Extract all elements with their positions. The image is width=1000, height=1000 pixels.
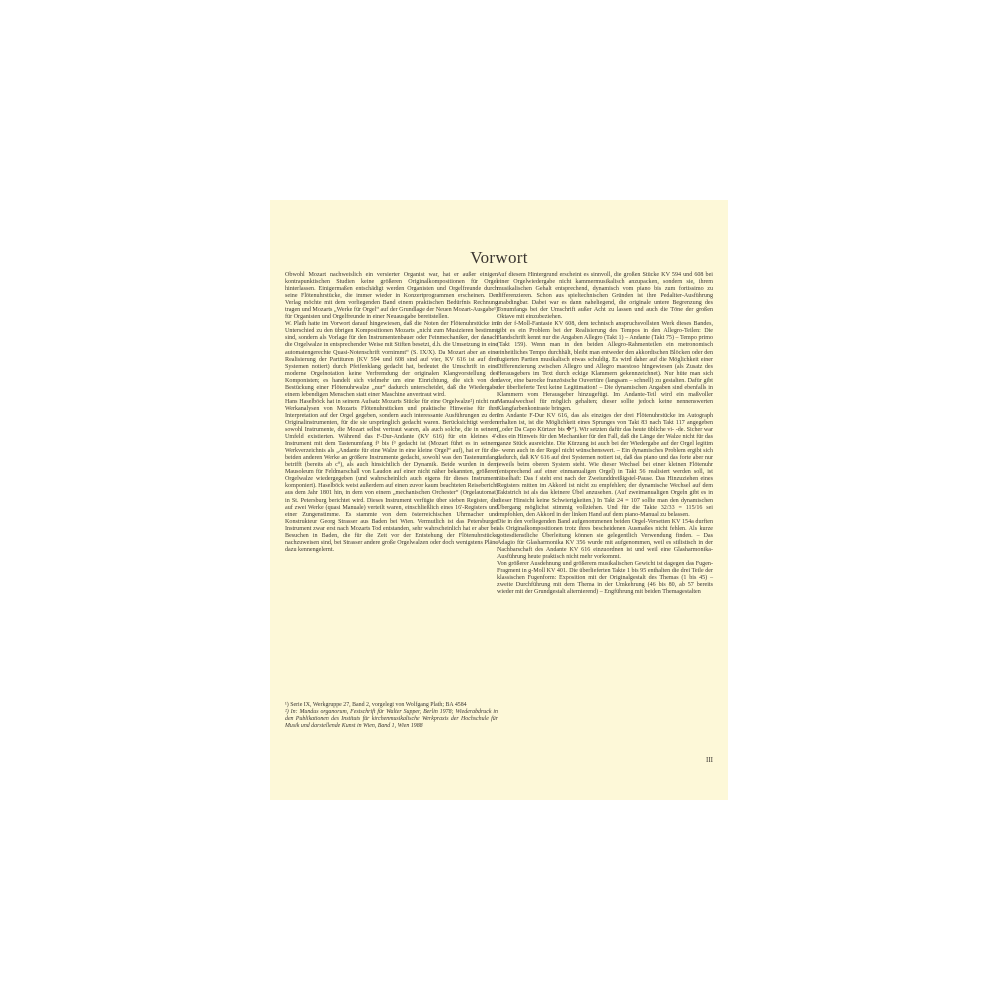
paragraph: Von größerer Ausdehnung und größerem mus…: [497, 561, 713, 596]
paragraph: Obwohl Mozart nachweislich ein versierte…: [285, 272, 498, 321]
paragraph: In der f-Moll-Fantasie KV 608, dem techn…: [497, 321, 713, 413]
paragraph: Auf diesem Hintergrund erscheint es sinn…: [497, 272, 713, 321]
document-page: Vorwort Obwohl Mozart nachweislich ein v…: [270, 200, 728, 800]
left-column: Obwohl Mozart nachweislich ein versierte…: [285, 272, 498, 554]
page-number: III: [706, 756, 713, 764]
page-title: Vorwort: [270, 248, 728, 268]
footnote: ²) In: Mundus organorum, Festschrift für…: [285, 709, 498, 730]
paragraph: Hans Haselböck hat in seinem Aufsatz Moz…: [285, 399, 498, 554]
right-column: Auf diesem Hintergrund erscheint es sinn…: [497, 272, 713, 596]
footnote: ¹) Serie IX, Werkgruppe 27, Band 2, vorg…: [285, 702, 498, 709]
paragraph: Die in den vorliegenden Band aufgenommen…: [497, 519, 713, 561]
paragraph: W. Plath hatte im Vorwort darauf hingewi…: [285, 321, 498, 399]
footnotes: ¹) Serie IX, Werkgruppe 27, Band 2, vorg…: [285, 702, 498, 730]
paragraph: Im Andante F-Dur KV 616, das als einzige…: [497, 413, 713, 519]
